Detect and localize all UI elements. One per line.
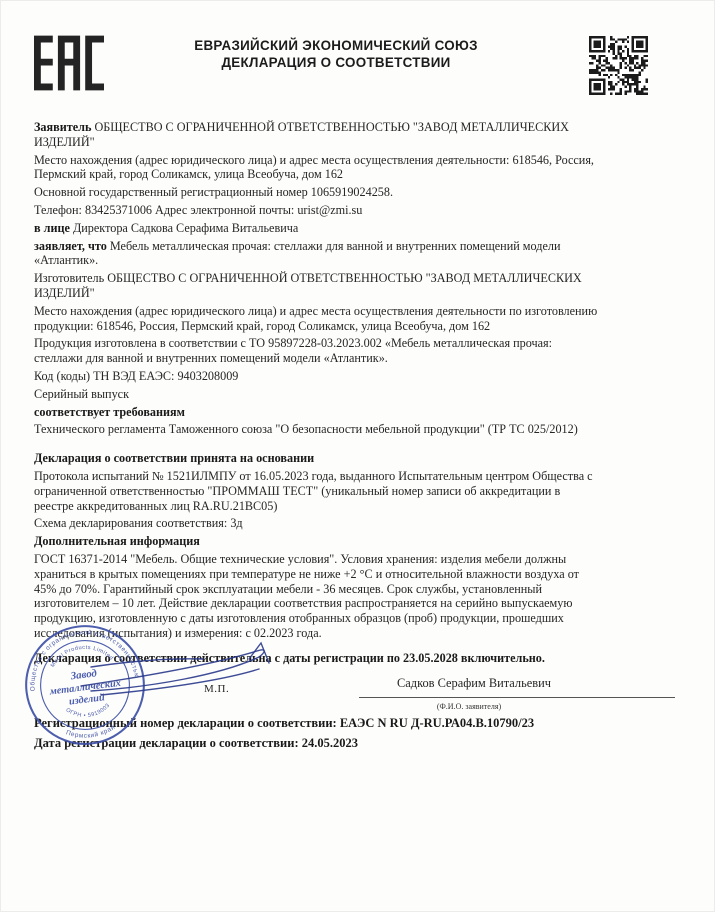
declares-value: Мебель металлическая прочая: стеллажи дл… bbox=[34, 239, 560, 268]
applicant-name: ОБЩЕСТВО С ОГРАНИЧЕННОЙ ОТВЕТСТВЕННОСТЬЮ… bbox=[34, 120, 569, 149]
applicant-in-person: в лице Директора Садкова Серафима Виталь… bbox=[34, 221, 689, 236]
additional-heading-label: Дополнительная информация bbox=[34, 534, 200, 548]
basis-heading-label: Декларация о соответствии принята на осн… bbox=[34, 451, 314, 465]
title-line1: ЕВРАЗИЙСКИЙ ЭКОНОМИЧЕСКИЙ СОЮЗ bbox=[141, 37, 531, 54]
production-standard: Продукция изготовлена в соответствии с Т… bbox=[34, 336, 689, 366]
applicant-label: Заявитель bbox=[34, 120, 91, 134]
manufacturer-address: Место нахождения (адрес юридического лиц… bbox=[34, 304, 689, 334]
in-person-value: Директора Садкова Серафима Витальевича bbox=[70, 221, 298, 235]
signature-line bbox=[359, 679, 675, 698]
applicant-address: Место нахождения (адрес юридического лиц… bbox=[34, 153, 689, 183]
basis-heading: Декларация о соответствии принята на осн… bbox=[34, 451, 689, 466]
qr-code bbox=[589, 36, 648, 95]
manufacturer-paragraph: Изготовитель ОБЩЕСТВО С ОГРАНИЧЕННОЙ ОТВ… bbox=[34, 271, 689, 301]
complies-regulation: Технического регламента Таможенного союз… bbox=[34, 422, 689, 437]
eac-logo bbox=[34, 33, 104, 93]
manufacturer-label: Изготовитель bbox=[34, 271, 104, 285]
manufacturer-name: ОБЩЕСТВО С ОГРАНИЧЕННОЙ ОТВЕТСТВЕННОСТЬЮ… bbox=[34, 271, 582, 300]
signatory-caption: (Ф.И.О. заявителя) bbox=[329, 700, 609, 715]
basis-scheme: Схема декларирования соответствия: 3д bbox=[34, 516, 689, 531]
in-person-label: в лице bbox=[34, 221, 70, 235]
complies-label: соответствует требованиям bbox=[34, 405, 185, 419]
signature-strokes bbox=[61, 631, 321, 716]
declares-paragraph: заявляет, что Мебель металлическая проча… bbox=[34, 239, 689, 269]
declares-label: заявляет, что bbox=[34, 239, 107, 253]
declaration-page: ЕВРАЗИЙСКИЙ ЭКОНОМИЧЕСКИЙ СОЮЗ ДЕКЛАРАЦИ… bbox=[0, 0, 715, 912]
serial-issue: Серийный выпуск bbox=[34, 387, 689, 402]
applicant-ogrn: Основной государственный регистрационный… bbox=[34, 185, 689, 200]
title-line2: ДЕКЛАРАЦИЯ О СООТВЕТСТВИИ bbox=[141, 54, 531, 71]
applicant-paragraph: Заявитель ОБЩЕСТВО С ОГРАНИЧЕННОЙ ОТВЕТС… bbox=[34, 120, 689, 150]
complies-heading: соответствует требованиям bbox=[34, 405, 689, 420]
applicant-contacts: Телефон: 83425371006 Адрес электронной п… bbox=[34, 203, 689, 218]
additional-heading: Дополнительная информация bbox=[34, 534, 689, 549]
basis-protocol: Протокола испытаний № 1521ИЛМПУ от 16.05… bbox=[34, 469, 689, 513]
document-title: ЕВРАЗИЙСКИЙ ЭКОНОМИЧЕСКИЙ СОЮЗ ДЕКЛАРАЦИ… bbox=[141, 37, 531, 71]
tnved-code: Код (коды) ТН ВЭД ЕАЭС: 9403208009 bbox=[34, 369, 689, 384]
